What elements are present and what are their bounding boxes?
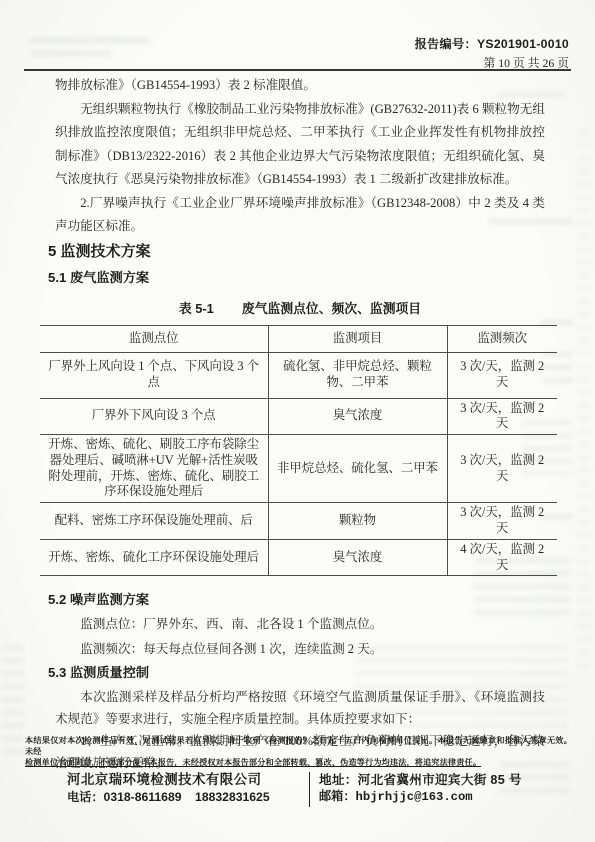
page-footer: 本结果仅对本次检测样品有效，对测试结果若有异议，请于收到《检测报告》之日起十五日… (25, 735, 572, 807)
quality-control-paragraph: 本次监测采样及样品分析均严格按照《环境空气监测质量保证手册》、《环境监测技术规范… (55, 686, 545, 730)
waste-gas-monitoring-table: 监测点位 监测项目 监测频次 厂界外上风向设 1 个点、下风向设 3 个点 硫化… (40, 325, 557, 577)
cell-item: 颗粒物 (268, 503, 447, 540)
cell-point: 厂界外下风向设 3 个点 (40, 398, 268, 435)
cell-frequency: 3 次/天，监测 2 天 (447, 398, 557, 435)
table-caption-label: 表 5-1 (179, 301, 214, 316)
paragraph-noise-standard: 2.厂界噪声执行《工业企业厂界环境噪声排放标准》（GB12348-2008）中 … (55, 192, 545, 239)
company-contact-column: 河北京瑞环境检测技术有限公司 电话：0318-8611689 188328316… (25, 772, 310, 807)
cell-frequency: 3 次/天，监测 2 天 (447, 435, 557, 503)
bleed-through-smudge (577, 130, 590, 670)
cell-item: 硫化氢、非甲烷总烃、颗粒物、二甲苯 (268, 352, 447, 398)
header-rule (24, 69, 571, 71)
table-header-row: 监测点位 监测项目 监测频次 (40, 325, 557, 352)
column-header-point: 监测点位 (40, 325, 268, 352)
table-caption-title: 废气监测点位、频次、监测项目 (242, 301, 421, 316)
company-address-column: 地址：河北省冀州市迎宾大街 85 号 邮箱：hbjrhjjc@163.com (310, 772, 572, 807)
cell-point: 配料、密炼工序环保设施处理前、后 (40, 503, 268, 540)
page-header: 报告编号：YS201901-0010 第 10 页 共 26 页 (415, 35, 569, 71)
table-row: 配料、密炼工序环保设施处理前、后 颗粒物 3 次/天，监测 2 天 (40, 503, 557, 540)
bleed-through-smudge (2, 645, 24, 755)
section-5-2-heading: 5.2 噪声监测方案 (48, 591, 545, 609)
company-name: 河北京瑞环境检测技术有限公司 (67, 772, 303, 788)
column-header-item: 监测项目 (268, 325, 447, 352)
table-row: 开炼、密炼、硫化、刷胶工序布袋除尘器处理后、碱喷淋+UV 光解+活性炭吸附处理前… (40, 435, 557, 503)
scanned-report-page: 报告编号：YS201901-0010 第 10 页 共 26 页 物排放标准》（… (0, 0, 595, 842)
section-5-heading: 5 监测技术方案 (48, 242, 545, 262)
cell-frequency: 3 次/天，监测 2 天 (447, 503, 557, 540)
cell-item: 臭气浓度 (268, 398, 447, 435)
disclaimer-line-1: 本结果仅对本次检测样品有效，对测试结果若有异议，请于收到《检测报告》之日起十五日… (25, 735, 572, 757)
section-5-3-heading: 5.3 监测质量控制 (48, 664, 545, 682)
section-5-1-heading: 5.1 废气监测方案 (48, 269, 545, 287)
noise-monitoring-points: 监测点位：厂界外东、西、南、北各设 1 个监测点位。 (55, 612, 545, 637)
column-header-frequency: 监测频次 (447, 325, 557, 352)
disclaimer-line-2: 检测单位书面同意，不得部分复印本报告，未经授权对本报告部分和全部转载、篡改、伪造… (25, 757, 572, 768)
document-body: 物排放标准》（GB14554-1993）表 2 标准限值。 无组织颗粒物执行《橡… (55, 74, 545, 774)
table-row: 厂界外下风向设 3 个点 臭气浓度 3 次/天，监测 2 天 (40, 398, 557, 435)
cell-item: 非甲烷总烃、硫化氢、二甲苯 (268, 435, 447, 503)
company-email: 邮箱：hbjrhjjc@163.com (319, 790, 572, 805)
cell-point: 开炼、密炼、硫化工序环保设施处理后 (40, 539, 268, 576)
company-address: 地址：河北省冀州市迎宾大街 85 号 (319, 772, 572, 788)
cell-point: 开炼、密炼、硫化、刷胶工序布袋除尘器处理后、碱喷淋+UV 光解+活性炭吸附处理前… (40, 435, 268, 503)
cell-frequency: 3 次/天，监测 2 天 (447, 352, 557, 398)
table-caption: 表 5-1废气监测点位、频次、监测项目 (55, 298, 545, 317)
table-row: 开炼、密炼、硫化工序环保设施处理后 臭气浓度 4 次/天，监测 2 天 (40, 539, 557, 576)
cell-point: 厂界外上风向设 1 个点、下风向设 3 个点 (40, 352, 268, 398)
noise-monitoring-frequency: 监测频次：每天每点位昼间各测 1 次，连续监测 2 天。 (55, 637, 545, 662)
table-row: 厂界外上风向设 1 个点、下风向设 3 个点 硫化氢、非甲烷总烃、颗粒物、二甲苯… (40, 352, 557, 398)
bleed-through-smudge (30, 51, 112, 57)
paragraph-standard-continuation: 物排放标准》（GB14554-1993）表 2 标准限值。 (55, 74, 545, 98)
bleed-through-smudge (30, 38, 150, 46)
company-info-block: 河北京瑞环境检测技术有限公司 电话：0318-8611689 188328316… (25, 772, 572, 807)
company-phone: 电话：0318-8611689 18832831625 (67, 790, 303, 805)
paragraph-fugitive-emission-standards: 无组织颗粒物执行《橡胶制品工业污染物排放标准》(GB27632-2011)表 6… (55, 98, 545, 192)
report-number: 报告编号：YS201901-0010 (415, 35, 569, 52)
cell-item: 臭气浓度 (268, 539, 447, 576)
cell-frequency: 4 次/天，监测 2 天 (447, 539, 557, 576)
